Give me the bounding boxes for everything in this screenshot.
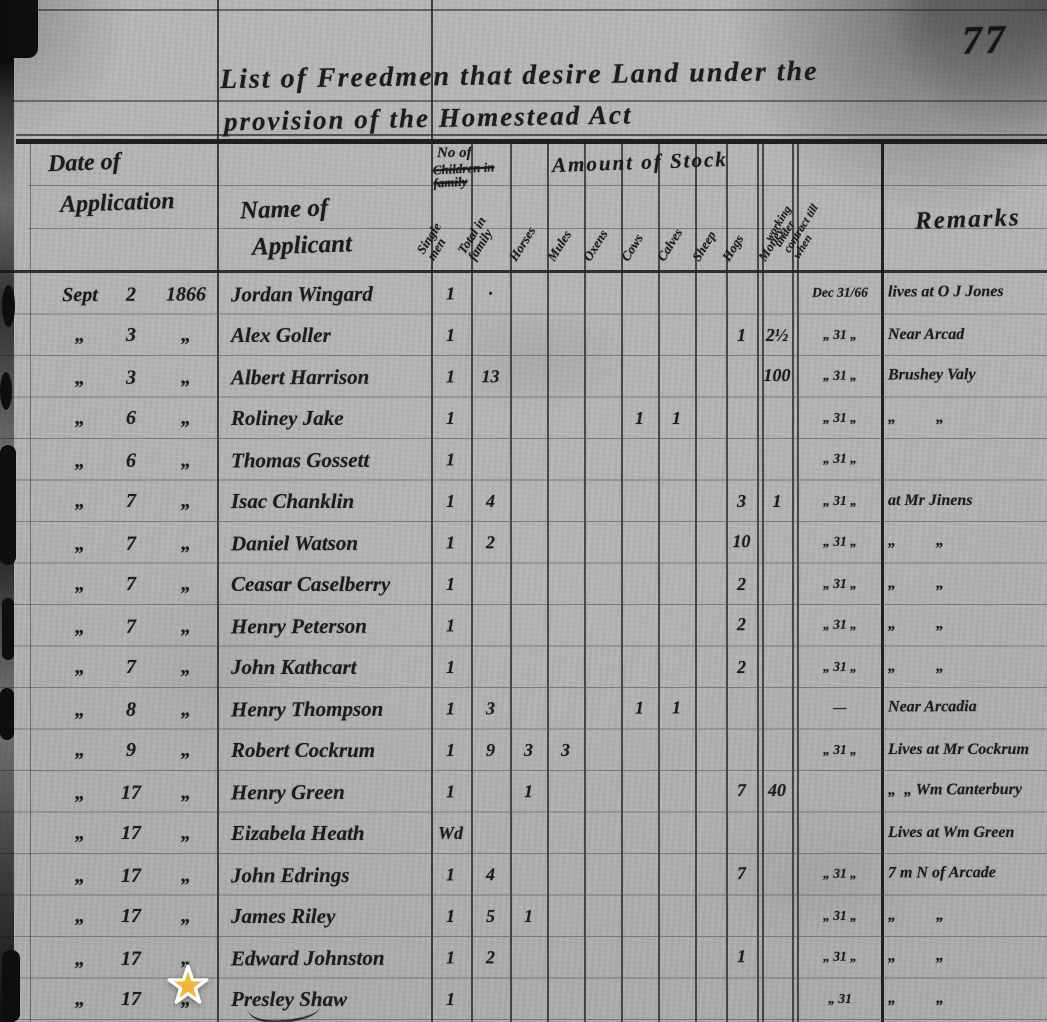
- cell-contract: „ 31 „: [797, 533, 883, 549]
- date-ditto-right: 1866: [156, 284, 216, 307]
- cell-remarks: Brushey Valy: [883, 366, 1047, 385]
- cell-contract: „ 31 „: [797, 410, 883, 426]
- date-ditto-left: „: [54, 782, 106, 805]
- cell-name: Ceasar Caselberry: [218, 572, 430, 597]
- rule-line: [28, 228, 1047, 229]
- col-header-mules: Mules: [546, 229, 574, 264]
- date-ditto-right: „: [156, 656, 216, 679]
- date-ditto-right: „: [156, 822, 216, 845]
- cell-name: Alex Goller: [218, 323, 430, 348]
- table-row: „ 6 „ Thomas Gossett 1 „ 31 „: [30, 437, 1047, 483]
- date-day: 3: [106, 367, 156, 390]
- table-row: „ 7 „ John Kathcart 1 2 „ 31 „ „ „: [30, 647, 1047, 689]
- cell-family: 13: [471, 366, 510, 387]
- cell-hogs: 1: [726, 946, 757, 967]
- cell-remarks: „ „: [883, 990, 1047, 1008]
- cell-single: 1: [430, 408, 471, 429]
- cell-mules: 3: [547, 740, 584, 761]
- cell-contract: Dec 31/66: [797, 284, 883, 300]
- col-header-remarks: Remarks: [915, 204, 1022, 236]
- rule-line: [16, 134, 1047, 136]
- date-ditto-left: „: [54, 822, 106, 845]
- star-marker: [166, 964, 210, 1008]
- cell-single: 1: [430, 367, 471, 388]
- cell-remarks: Lives at Wm Green: [883, 824, 1047, 842]
- table-row: „ 7 „ Ceasar Caselberry 1 2 „ 31 „ „ „: [30, 564, 1047, 606]
- cell-date: „ 9 „: [30, 739, 218, 762]
- date-ditto-right: „: [156, 739, 216, 762]
- date-day: 6: [106, 450, 156, 473]
- cell-date: „ 3 „: [30, 324, 218, 347]
- date-ditto-left: „: [54, 490, 106, 513]
- cell-date: „ 17 „: [30, 782, 218, 806]
- table-row: „ 7 „ Isac Chanklin 1 4 3 1 „ 31 „ at Mr…: [30, 481, 1047, 523]
- date-ditto-left: „: [54, 948, 106, 971]
- col-header-calves: Calves: [656, 227, 685, 264]
- cell-family: 3: [471, 698, 510, 719]
- cell-date: „ 3 „: [30, 367, 218, 391]
- cell-money: 2½: [762, 325, 792, 346]
- cell-name: John Kathcart: [218, 655, 430, 680]
- cell-contract: „ 31 „: [797, 327, 883, 343]
- cell-hogs: 2: [726, 574, 757, 595]
- cell-hogs: 10: [726, 531, 757, 552]
- cell-contract: —: [797, 699, 883, 715]
- cell-cows: 1: [621, 408, 658, 429]
- cell-remarks: „ „ Wm Canterbury: [883, 781, 1047, 800]
- date-ditto-right: „: [156, 616, 216, 639]
- table-row: „ 17 „ James Riley 1 5 1 „ 31 „ „ „: [30, 896, 1047, 938]
- cell-family: 2: [471, 947, 510, 968]
- table-row: „ 17 „ Eizabela Heath Wd Lives at Wm Gre…: [30, 813, 1047, 855]
- table-row: „ 6 „ Roliney Jake 1 1 1 „ 31 „ „ „: [30, 398, 1047, 440]
- table-row: Sept 2 1866 Jordan Wingard 1 · Dec 31/66…: [30, 271, 1047, 317]
- table-row: „ 3 „ Alex Goller 1 1 2½ „ 31 „ Near Arc…: [30, 315, 1047, 357]
- cell-single: 1: [430, 491, 471, 512]
- cell-remarks: „ „: [883, 658, 1047, 676]
- cell-date: „ 7 „: [30, 656, 218, 679]
- binding-blot: [2, 950, 20, 1022]
- cell-single: 1: [430, 284, 471, 305]
- cell-date: „ 7 „: [30, 533, 218, 557]
- table-row: „ 9 „ Robert Cockrum 1 9 3 3 „ 31 „ Live…: [30, 730, 1047, 772]
- date-day: 2: [106, 284, 156, 307]
- date-day: 17: [106, 865, 156, 888]
- date-ditto-right: „: [156, 905, 216, 928]
- date-ditto-left: „: [54, 739, 106, 762]
- date-ditto-right: „: [156, 533, 216, 556]
- date-ditto-right: „: [156, 490, 216, 513]
- cell-horses: 1: [510, 781, 547, 802]
- col-header-name-2: Applicant: [252, 230, 353, 261]
- cell-name: Isac Chanklin: [218, 489, 430, 514]
- date-ditto-left: „: [54, 573, 106, 596]
- rule-line: [16, 139, 1047, 144]
- cell-hogs: 3: [726, 491, 757, 512]
- date-ditto-left: „: [54, 324, 106, 347]
- cell-remarks: 7 m N of Arcade: [883, 864, 1047, 883]
- date-ditto-left: „: [54, 699, 106, 722]
- cell-name: Henry Green: [218, 780, 430, 806]
- date-ditto-right: „: [156, 782, 216, 805]
- cell-name: Presley Shaw: [218, 987, 430, 1012]
- cell-name: Jordan Wingard: [218, 282, 430, 308]
- cell-name: Eizabela Heath: [218, 821, 430, 846]
- cell-name: Roliney Jake: [218, 406, 430, 431]
- date-ditto-right: „: [156, 324, 216, 347]
- cell-contract: „ 31 „: [797, 576, 883, 592]
- date-day: 7: [106, 533, 156, 556]
- date-ditto-right: „: [156, 367, 216, 390]
- ledger-page: 77 List of Freedmen that desire Land und…: [0, 0, 1047, 1022]
- binding-blot: [0, 688, 14, 740]
- cell-family: ·: [471, 283, 510, 304]
- cell-remarks: Near Arcad: [883, 326, 1047, 344]
- cell-single: 1: [430, 989, 471, 1010]
- date-day: 7: [106, 616, 156, 639]
- cell-date: „ 7 „: [30, 490, 218, 513]
- table-row: „ 17 „ John Edrings 1 4 7 „ 31 „ 7 m N o…: [30, 852, 1047, 898]
- date-day: 7: [106, 656, 156, 679]
- date-ditto-left: „: [54, 865, 106, 888]
- cell-family: 2: [471, 532, 510, 553]
- col-header-date-1: Date of: [48, 149, 122, 179]
- cell-contract: „ 31 „: [797, 367, 883, 383]
- cell-contract: „ 31 „: [797, 908, 883, 924]
- date-ditto-right: „: [156, 865, 216, 888]
- date-ditto-right: „: [156, 573, 216, 596]
- date-day: 7: [106, 573, 156, 596]
- binding-blot: [0, 445, 16, 565]
- cell-single: 1: [430, 782, 471, 803]
- cell-single: 1: [430, 325, 471, 346]
- col-header-horses: Horses: [508, 225, 538, 263]
- cell-family: 4: [471, 864, 510, 885]
- cell-remarks: at Mr Jinens: [883, 492, 1047, 510]
- cell-money: 1: [762, 491, 792, 512]
- cell-date: „ 7 „: [30, 573, 218, 596]
- cell-single: 1: [430, 616, 471, 637]
- cell-money: 100: [762, 365, 792, 386]
- date-day: 9: [106, 739, 156, 762]
- cell-name: Edward Johnston: [218, 946, 430, 972]
- cell-calves: 1: [658, 698, 695, 719]
- page-title-line2: provision of the Homestead Act: [224, 99, 633, 137]
- binding-blot: [10, 0, 38, 58]
- table-row: „ 8 „ Henry Thompson 1 3 1 1 — Near Arca…: [30, 686, 1047, 732]
- cell-single: 1: [430, 906, 471, 927]
- col-header-family: Total in family: [456, 202, 507, 263]
- cell-date: „ 8 „: [30, 699, 218, 723]
- binding-blot: [2, 598, 14, 660]
- cell-single: 1: [430, 699, 471, 720]
- date-ditto-right: „: [156, 450, 216, 473]
- cell-remarks: Lives at Mr Cockrum: [883, 741, 1047, 759]
- date-ditto-left: „: [54, 450, 106, 473]
- cell-date: Sept 2 1866: [30, 284, 218, 308]
- col-header-single: Single men: [415, 207, 462, 262]
- table-body: Sept 2 1866 Jordan Wingard 1 · Dec 31/66…: [30, 273, 1047, 1022]
- cell-name: Henry Thompson: [218, 697, 430, 723]
- date-day: 3: [106, 324, 156, 347]
- cell-date: „ 17 „: [30, 865, 218, 889]
- date-ditto-left: „: [54, 988, 106, 1011]
- cell-contract: „ 31 „: [797, 948, 883, 964]
- binding-blot: [0, 372, 12, 410]
- cell-single: 1: [430, 574, 471, 595]
- cell-name: Albert Harrison: [218, 365, 430, 391]
- cell-single: 1: [430, 533, 471, 554]
- cell-date: „ 6 „: [30, 450, 218, 474]
- cell-remarks: lives at O J Jones: [883, 283, 1047, 302]
- date-day: 17: [106, 782, 156, 805]
- cell-name: James Riley: [218, 904, 430, 929]
- table-row: „ 3 „ Albert Harrison 1 13 100 „ 31 „ Br…: [30, 354, 1047, 400]
- cell-family: 9: [471, 740, 510, 761]
- table-row: „ 7 „ Daniel Watson 1 2 10 „ 31 „ „ „: [30, 520, 1047, 566]
- cell-name: Daniel Watson: [218, 531, 430, 557]
- cell-horses: 3: [510, 740, 547, 761]
- table-row: „ 7 „ Henry Peterson 1 2 „ 31 „ „ „: [30, 603, 1047, 649]
- cell-name: Henry Peterson: [218, 614, 430, 640]
- rule-line: [28, 185, 1047, 186]
- cell-remarks: Near Arcadia: [883, 698, 1047, 717]
- date-day: 8: [106, 699, 156, 722]
- cell-calves: 1: [658, 408, 695, 429]
- date-day: 17: [106, 988, 156, 1011]
- cell-date: „ 17 „: [30, 822, 218, 845]
- cell-date: „ 7 „: [30, 616, 218, 640]
- cell-hogs: 1: [726, 325, 757, 346]
- cell-family: 5: [471, 906, 510, 927]
- cell-hogs: 7: [726, 863, 757, 884]
- rule-line: [0, 9, 1047, 11]
- col-header-cows: Cows: [620, 232, 646, 263]
- date-day: 6: [106, 407, 156, 430]
- cell-remarks: „ „: [883, 575, 1047, 593]
- cell-hogs: 2: [726, 657, 757, 678]
- cell-remarks: „ „: [883, 409, 1047, 427]
- cell-cows: 1: [621, 698, 658, 719]
- cell-horses: 1: [510, 906, 547, 927]
- group-header-stock: Amount of Stock: [552, 147, 729, 178]
- cell-single: 1: [430, 450, 471, 471]
- cell-hogs: 2: [726, 614, 757, 635]
- cell-contract: „ 31 „: [797, 450, 883, 466]
- page-number: 77: [961, 15, 1009, 64]
- cell-remarks: „ „: [883, 947, 1047, 966]
- cell-family: 4: [471, 491, 510, 512]
- date-ditto-left: „: [54, 533, 106, 556]
- cell-single: 1: [430, 865, 471, 886]
- date-ditto-left: „: [54, 367, 106, 390]
- cell-single: 1: [430, 657, 471, 678]
- col-header-oxens: Oxens: [582, 228, 610, 263]
- cell-single: 1: [430, 948, 471, 969]
- cell-contract: „ 31 „: [797, 865, 883, 881]
- cell-single: Wd: [430, 823, 471, 844]
- group-header-children-1: No of: [437, 145, 472, 162]
- date-day: 17: [106, 948, 156, 971]
- cell-remarks: „ „: [883, 615, 1047, 634]
- col-header-date-2: Application: [60, 188, 176, 219]
- cell-name: Thomas Gossett: [218, 448, 430, 474]
- cell-contract: „ 31 „: [797, 493, 883, 509]
- table-row: „ 17 „ Henry Green 1 1 7 40 „ „ Wm Cante…: [30, 769, 1047, 815]
- star-icon: [166, 964, 210, 1008]
- date-day: 17: [106, 905, 156, 928]
- cell-remarks: „ „: [883, 532, 1047, 551]
- cell-hogs: 7: [726, 780, 757, 801]
- cell-name: Robert Cockrum: [218, 738, 430, 763]
- cell-contract: „ 31 „: [797, 742, 883, 758]
- date-ditto-left: „: [54, 656, 106, 679]
- date-day: 7: [106, 490, 156, 513]
- col-header-hogs: Hogs: [721, 233, 746, 263]
- date-ditto-left: „: [54, 407, 106, 430]
- cell-remarks: [883, 458, 1047, 459]
- group-header-children-2: Children in family: [432, 159, 528, 190]
- col-header-name-1: Name of: [240, 194, 329, 225]
- cell-date: „ 6 „: [30, 407, 218, 430]
- cell-contract: „ 31 „: [797, 659, 883, 675]
- cell-single: 1: [430, 740, 471, 761]
- cell-remarks: „ „: [883, 907, 1047, 925]
- date-ditto-left: „: [54, 616, 106, 639]
- cell-name: John Edrings: [218, 863, 430, 889]
- cell-date: „ 17 „: [30, 905, 218, 928]
- date-ditto-left: „: [54, 905, 106, 928]
- date-day: 17: [106, 822, 156, 845]
- page-title-line1: List of Freedmen that desire Land under …: [220, 56, 819, 96]
- date-ditto-left: Sept: [54, 284, 106, 307]
- cell-contract: „ 31 „: [797, 616, 883, 632]
- cell-contract: „ 31: [797, 991, 883, 1007]
- date-ditto-right: „: [156, 699, 216, 722]
- binding-blot: [2, 285, 15, 327]
- date-ditto-right: „: [156, 407, 216, 430]
- cell-money: 40: [762, 780, 792, 801]
